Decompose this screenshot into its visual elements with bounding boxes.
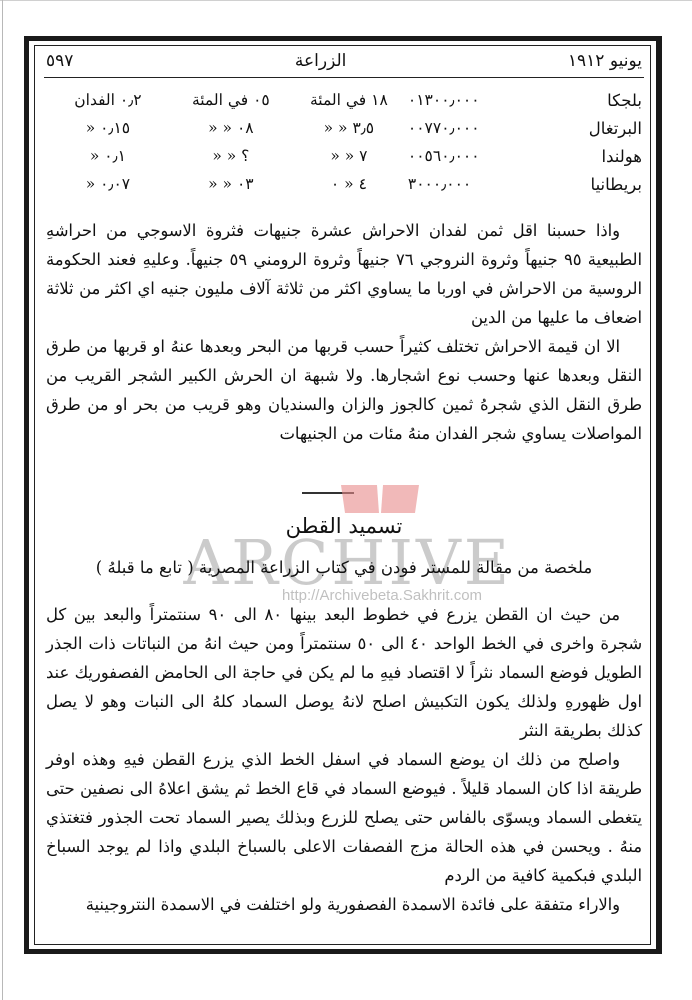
total-cell: ٣٠٠٠٫٠٠٠ <box>408 175 526 193</box>
paragraph: الا ان قيمة الاحراش تختلف كثيراً حسب قرب… <box>46 332 642 448</box>
col-a-cell: ١٨ في المئة <box>290 91 408 109</box>
col-b-cell: ٠٣ « « <box>172 175 290 193</box>
col-b-cell: ٠٥ في المئة <box>172 91 290 109</box>
col-b-cell: ٠٨ « « <box>172 119 290 137</box>
country-cell: بلجكا <box>526 91 642 110</box>
table-row: البرتغال ٠٠٧٧٠٫٠٠٠ ٣٫٥ « « ٠٨ « « ٠٫١٥ « <box>44 114 642 142</box>
article-body-bottom: من حيث ان القطن يزرع في خطوط البعد بينها… <box>46 600 642 919</box>
page-number: ٥٩٧ <box>46 51 73 71</box>
country-cell: بريطانيا <box>526 175 642 194</box>
col-a-cell: ٣٫٥ « « <box>290 119 408 137</box>
paragraph: والاراء متفقة على فائدة الاسمدة الفصفوري… <box>46 890 642 919</box>
col-c-cell: ٠٫١ « <box>44 147 172 165</box>
running-head: يونيو ١٩١٢ الزراعة ٥٩٧ <box>34 44 654 78</box>
header-rule <box>44 77 644 79</box>
col-c-cell: ٠٫١٥ « <box>44 119 172 137</box>
article-body-top: واذا حسبنا اقل ثمن لفدان الاحراش عشرة جن… <box>46 216 642 448</box>
section-subtitle: ملخصة من مقالة للمستر فودن في كتاب الزرا… <box>34 558 654 577</box>
watermark-logo-icon <box>339 485 421 513</box>
table-row: هولندا ٠٠٥٦٠٫٠٠٠ ٧ « « ؟ « « ٠٫١ « <box>44 142 642 170</box>
paragraph: من حيث ان القطن يزرع في خطوط البعد بينها… <box>46 600 642 745</box>
forest-stats-table: بلجكا ٠١٣٠٠٫٠٠٠ ١٨ في المئة ٠٥ في المئة … <box>44 86 642 198</box>
country-cell: البرتغال <box>526 119 642 138</box>
journal-title: الزراعة <box>295 51 346 71</box>
journal-page: يونيو ١٩١٢ الزراعة ٥٩٧ بلجكا ٠١٣٠٠٫٠٠٠ ١… <box>34 44 654 944</box>
table-row: بلجكا ٠١٣٠٠٫٠٠٠ ١٨ في المئة ٠٥ في المئة … <box>44 86 642 114</box>
col-a-cell: ٤ « ٠ <box>290 175 408 193</box>
paragraph: واصلح من ذلك ان يوضع السماد في اسفل الخط… <box>46 745 642 890</box>
total-cell: ٠١٣٠٠٫٠٠٠ <box>408 91 526 109</box>
country-cell: هولندا <box>526 147 642 166</box>
table-row: بريطانيا ٣٠٠٠٫٠٠٠ ٤ « ٠ ٠٣ « « ٠٫٠٧ « <box>44 170 642 198</box>
scan-left-edge <box>2 0 3 1000</box>
col-a-cell: ٧ « « <box>290 147 408 165</box>
total-cell: ٠٠٥٦٠٫٠٠٠ <box>408 147 526 165</box>
col-c-cell: ٠٫٠٧ « <box>44 175 172 193</box>
scan-top-edge <box>0 0 692 1</box>
issue-date: يونيو ١٩١٢ <box>568 51 642 71</box>
section-title: تسميد القطن <box>34 514 654 538</box>
col-c-cell: ٠٫٢ الفدان <box>44 91 172 109</box>
paragraph: واذا حسبنا اقل ثمن لفدان الاحراش عشرة جن… <box>46 216 642 332</box>
col-b-cell: ؟ « « <box>172 147 290 165</box>
total-cell: ٠٠٧٧٠٫٠٠٠ <box>408 119 526 137</box>
